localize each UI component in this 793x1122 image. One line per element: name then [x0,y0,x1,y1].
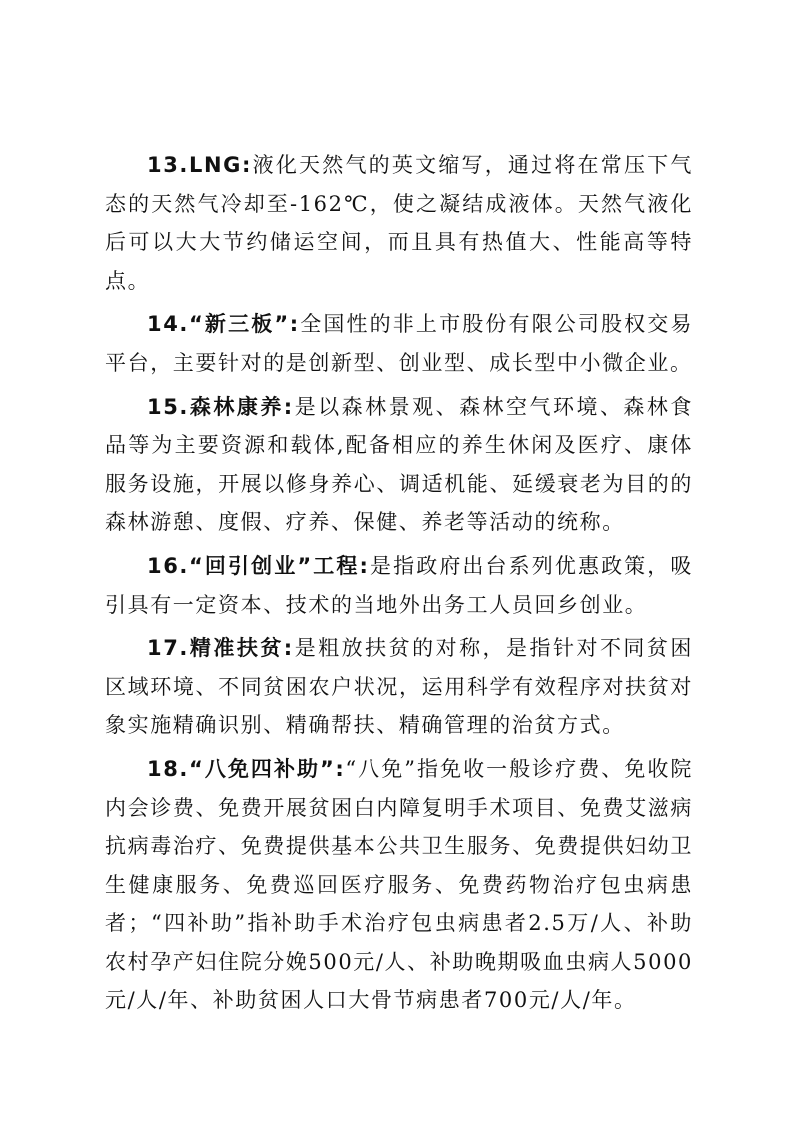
entry-term: 16.“回引创业”工程: [147,554,369,578]
glossary-entry-return-entrepreneurship: 16.“回引创业”工程:是指政府出台系列优惠政策，吸引具有一定资本、技术的当地外… [105,547,693,624]
document-page: 13.LNG:液化天然气的英文缩写，通过将在常压下气态的天然气冷却至-162℃，… [105,146,693,1025]
entry-definition: “八免”指免收一般诊疗费、免收院内会诊费、免费开展贫困白内障复明手术项目、免费艾… [105,757,693,1013]
glossary-entry-forest-wellness: 15.森林康养:是以森林景观、森林空气环境、森林食品等为主要资源和载体,配备相应… [105,388,693,542]
entry-term: 18.“八免四补助”: [147,757,345,781]
entry-term: 14.“新三板”: [147,312,300,336]
entry-term: 15.森林康养: [147,395,294,419]
glossary-entry-lng: 13.LNG:液化天然气的英文缩写，通过将在常压下气态的天然气冷却至-162℃，… [105,146,693,300]
glossary-entry-new-third-board: 14.“新三板”:全国性的非上市股份有限公司股权交易平台，主要针对的是创新型、创… [105,305,693,382]
entry-term: 13.LNG: [147,153,252,177]
glossary-entry-eight-exemptions-four-subsidies: 18.“八免四补助”:“八免”指免收一般诊疗费、免收院内会诊费、免费开展贫困白内… [105,750,693,1020]
entry-term: 17.精准扶贫: [147,636,294,660]
glossary-entry-targeted-poverty-alleviation: 17.精准扶贫:是粗放扶贫的对称，是指针对不同贫困区域环境、不同贫困农户状况，运… [105,629,693,745]
